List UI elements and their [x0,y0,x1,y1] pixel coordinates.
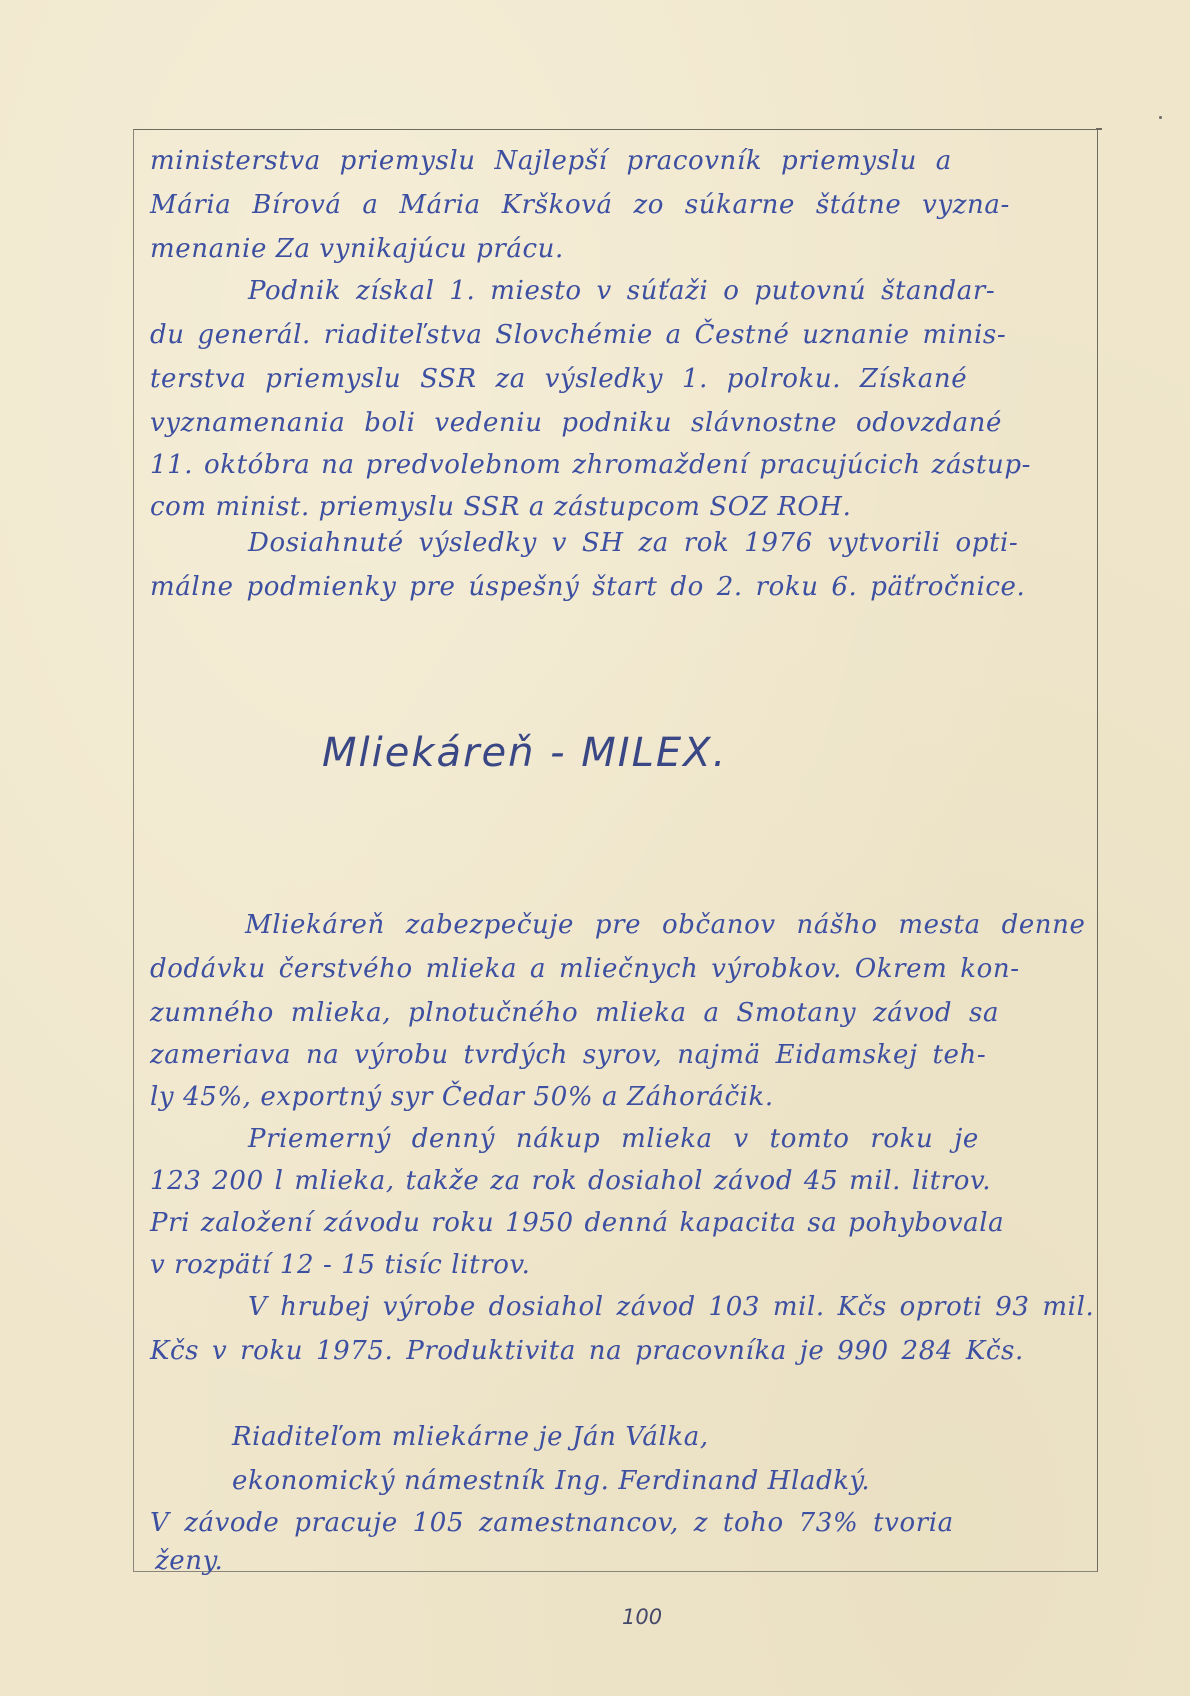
text-line: Dosiahnuté výsledky v SH za rok 1976 vyt… [248,530,1018,556]
text-line: du generál. riaditeľstva Slovchémie a Če… [150,322,1006,348]
text-line: terstva priemyslu SSR za výsledky 1. pol… [150,366,967,392]
text-line: ženy. [155,1548,223,1574]
text-line: ekonomický námestník Ing. Ferdinand Hlad… [232,1468,870,1494]
text-line: Mária Bírová a Mária Kršková zo súkarne … [150,192,1010,218]
text-line: menanie Za vynikajúcu prácu. [150,236,564,262]
text-line: ly 45%, exportný syr Čedar 50% a Záhoráč… [150,1084,774,1110]
text-line: Riaditeľom mliekárne je Ján Válka, [232,1424,709,1450]
text-line: vyznamenania boli vedeniu podniku slávno… [150,410,1002,436]
text-line: zumného mlieka, plnotučného mlieka a Smo… [150,1000,999,1026]
text-line: Podnik získal 1. miesto v súťaži o putov… [248,278,995,304]
text-line: dodávku čerstvého mlieka a mliečnych výr… [150,956,1020,982]
text-line: ministerstva priemyslu Najlepší pracovní… [150,148,952,174]
text-line: 11. októbra na predvolebnom zhromaždení … [150,452,1031,478]
text-line: Kčs v roku 1975. Produktivita na pracovn… [150,1338,1024,1364]
section-heading-milex: Mliekáreň - MILEX. [322,730,727,776]
text-line: V závode pracuje 105 zamestnancov, z toh… [150,1510,954,1536]
text-line: Priemerný denný nákup mlieka v tomto rok… [248,1126,979,1152]
text-line: V hrubej výrobe dosiahol závod 103 mil. … [248,1294,1094,1320]
text-line: málne podmienky pre úspešný štart do 2. … [150,574,1025,600]
page-number: 100 [622,1605,662,1629]
text-line: v rozpätí 12 - 15 tisíc litrov. [150,1252,531,1278]
ink-speck [1159,116,1162,119]
text-line: 123 200 l mlieka, takže za rok dosiahol … [150,1168,991,1194]
text-line: zameriava na výrobu tvrdých syrov, najmä… [150,1042,986,1068]
frame-corner-mark [1096,128,1102,130]
text-line: Pri založení závodu roku 1950 denná kapa… [150,1210,1004,1236]
text-line: Mliekáreň zabezpečuje pre občanov nášho … [245,912,1086,938]
text-line: com minist. priemyslu SSR a zástupcom SO… [150,494,851,520]
